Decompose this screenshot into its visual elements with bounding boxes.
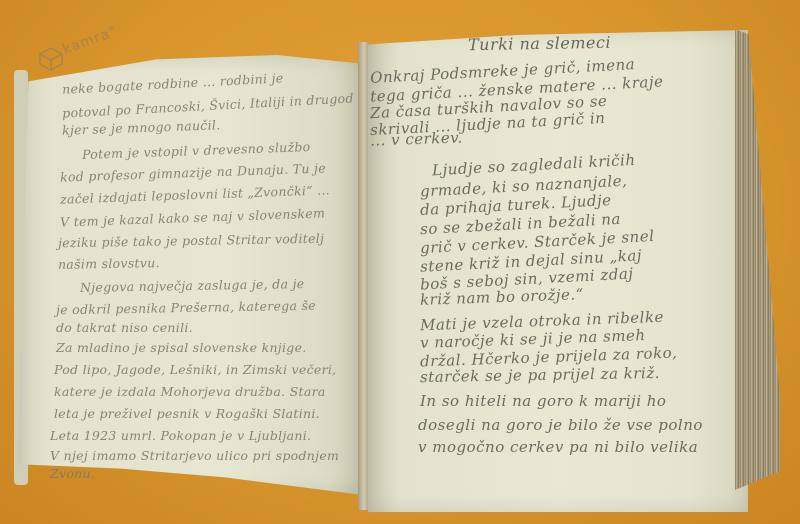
page-title: Turki na slemeci [468,33,611,54]
handwritten-line: Zvonu. [50,466,95,481]
handwritten-line: Pod lipo, Jagode, Lešniki, in Zimski več… [54,362,336,377]
handwritten-line: Za mladino je spisal slovenske knjige. [56,340,307,355]
handwritten-line: V njej imamo Stritarjevo ulico pri spodn… [50,448,339,463]
handwritten-line: leta je preživel pesnik v Rogaški Slatin… [54,406,320,421]
watermark-text: kamra® [61,23,120,58]
page-stack-edge [735,20,780,490]
handwritten-line: In so hiteli na goro k mariji ho [420,392,666,410]
handwritten-line: v mogočno cerkev pa ni bilo velika [418,438,698,456]
handwritten-line: ... v cerkev. [370,128,463,149]
handwritten-line: Leta 1923 umrl. Pokopan je v Ljubljani. [50,428,311,443]
cube-logo-icon [38,46,64,72]
handwritten-line: katere je izdala Mohorjeva družba. Stara [54,384,326,399]
open-notebook: neke bogate rodbine ... rodbini je potov… [0,0,800,524]
handwritten-line: našim slovstvu. [58,255,160,272]
handwritten-line: do takrat niso cenili. [56,320,193,335]
handwritten-line: dosegli na goro je bilo že vse polno [418,416,703,434]
kamra-watermark: kamra® [38,42,123,72]
